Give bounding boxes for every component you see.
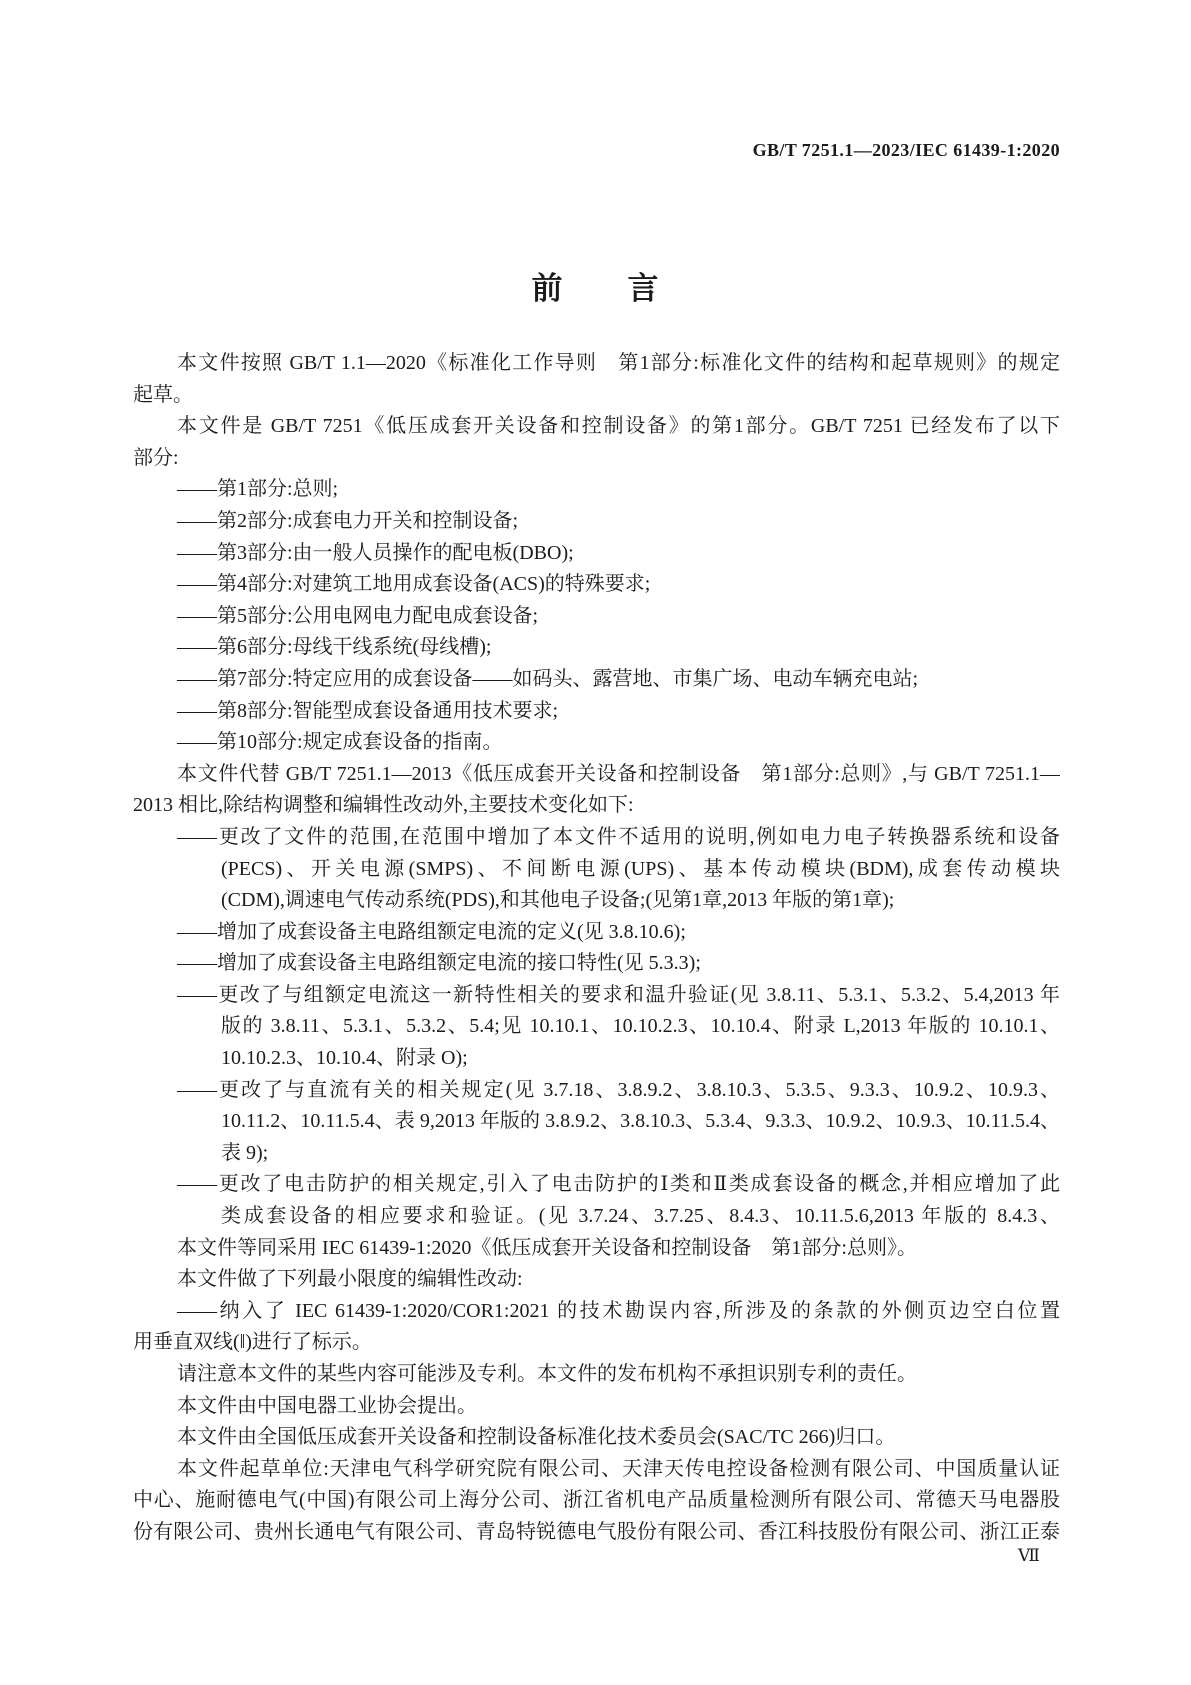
document-line: 本文件代替 GB/T 7251.1—2013《低压成套开关设备和控制设备 第1部… xyxy=(133,759,1060,791)
document-line: 本文件是 GB/T 7251《低压成套开关设备和控制设备》的第1部分。GB/T … xyxy=(133,411,1060,443)
document-line: ——第8部分:智能型成套设备通用技术要求; xyxy=(133,696,1060,728)
document-line: ——第3部分:由一般人员操作的配电板(DBO); xyxy=(133,538,1060,570)
document-line: (CDM),调速电气传动系统(PDS),和其他电子设备;(见第1章,2013 年… xyxy=(133,885,1060,917)
standard-document-page: GB/T 7251.1—2023/IEC 61439-1:2020 前 言 本文… xyxy=(0,0,1191,1685)
document-line: ——第1部分:总则; xyxy=(133,474,1060,506)
document-line: 表 9); xyxy=(133,1138,1060,1170)
document-line: 本文件等同采用 IEC 61439-1:2020《低压成套开关设备和控制设备 第… xyxy=(133,1233,1060,1265)
document-line: 类成套设备的相应要求和验证。(见 3.7.24、3.7.25、8.4.3、10.… xyxy=(133,1201,1060,1233)
document-line: ——更改了与直流有关的相关规定(见 3.7.18、3.8.9.2、3.8.10.… xyxy=(133,1075,1060,1107)
document-line: (PECS)、开关电源(SMPS)、不间断电源(UPS)、基本传动模块(BDM)… xyxy=(133,854,1060,886)
document-body: 本文件按照 GB/T 1.1—2020《标准化工作导则 第1部分:标准化文件的结… xyxy=(133,348,1060,1549)
document-line: 本文件起草单位:天津电气科学研究院有限公司、天津天传电控设备检测有限公司、中国质… xyxy=(133,1454,1060,1486)
document-line: 10.10.2.3、10.10.4、附录 O); xyxy=(133,1043,1060,1075)
document-line: 10.11.2、10.11.5.4、表 9,2013 年版的 3.8.9.2、3… xyxy=(133,1106,1060,1138)
document-line: 本文件由全国低压成套开关设备和控制设备标准化技术委员会(SAC/TC 266)归… xyxy=(133,1422,1060,1454)
document-line: 份有限公司、贵州长通电气有限公司、青岛特锐德电气股份有限公司、香江科技股份有限公… xyxy=(133,1517,1060,1549)
document-line: ——纳入了 IEC 61439-1:2020/COR1:2021 的技术勘误内容… xyxy=(133,1296,1060,1328)
document-line: ——增加了成套设备主电路组额定电流的接口特性(见 5.3.3); xyxy=(133,948,1060,980)
document-line: 本文件按照 GB/T 1.1—2020《标准化工作导则 第1部分:标准化文件的结… xyxy=(133,348,1060,380)
document-line: 本文件做了下列最小限度的编辑性改动: xyxy=(133,1264,1060,1296)
document-line: ——更改了电击防护的相关规定,引入了电击防护的Ⅰ类和Ⅱ类成套设备的概念,并相应增… xyxy=(133,1169,1060,1201)
document-line: 部分: xyxy=(133,443,1060,475)
document-line: 用垂直双线(‖)进行了标示。 xyxy=(133,1327,1060,1359)
document-line: 本文件由中国电器工业协会提出。 xyxy=(133,1391,1060,1423)
document-line: ——更改了与组额定电流这一新特性相关的要求和温升验证(见 3.8.11、5.3.… xyxy=(133,980,1060,1012)
document-line: ——第2部分:成套电力开关和控制设备; xyxy=(133,506,1060,538)
document-line: ——第4部分:对建筑工地用成套设备(ACS)的特殊要求; xyxy=(133,569,1060,601)
document-line: ——第7部分:特定应用的成套设备——如码头、露营地、市集广场、电动车辆充电站; xyxy=(133,664,1060,696)
standard-number-header: GB/T 7251.1—2023/IEC 61439-1:2020 xyxy=(133,140,1060,161)
document-line: ——第5部分:公用电网电力配电成套设备; xyxy=(133,601,1060,633)
document-line: 起草。 xyxy=(133,380,1060,412)
document-line: 中心、施耐德电气(中国)有限公司上海分公司、浙江省机电产品质量检测所有限公司、常… xyxy=(133,1485,1060,1517)
page-title: 前 言 xyxy=(0,263,1191,308)
document-line: 版的 3.8.11、5.3.1、5.3.2、5.4;见 10.10.1、10.1… xyxy=(133,1011,1060,1043)
document-line: 请注意本文件的某些内容可能涉及专利。本文件的发布机构不承担识别专利的责任。 xyxy=(133,1359,1060,1391)
document-line: ——第10部分:规定成套设备的指南。 xyxy=(133,727,1060,759)
document-line: 2013 相比,除结构调整和编辑性改动外,主要技术变化如下: xyxy=(133,790,1060,822)
document-line: ——第6部分:母线干线系统(母线槽); xyxy=(133,632,1060,664)
page-number: Ⅶ xyxy=(133,1546,1040,1566)
document-line: ——增加了成套设备主电路组额定电流的定义(见 3.8.10.6); xyxy=(133,917,1060,949)
document-line: ——更改了文件的范围,在范围中增加了本文件不适用的说明,例如电力电子转换器系统和… xyxy=(133,822,1060,854)
